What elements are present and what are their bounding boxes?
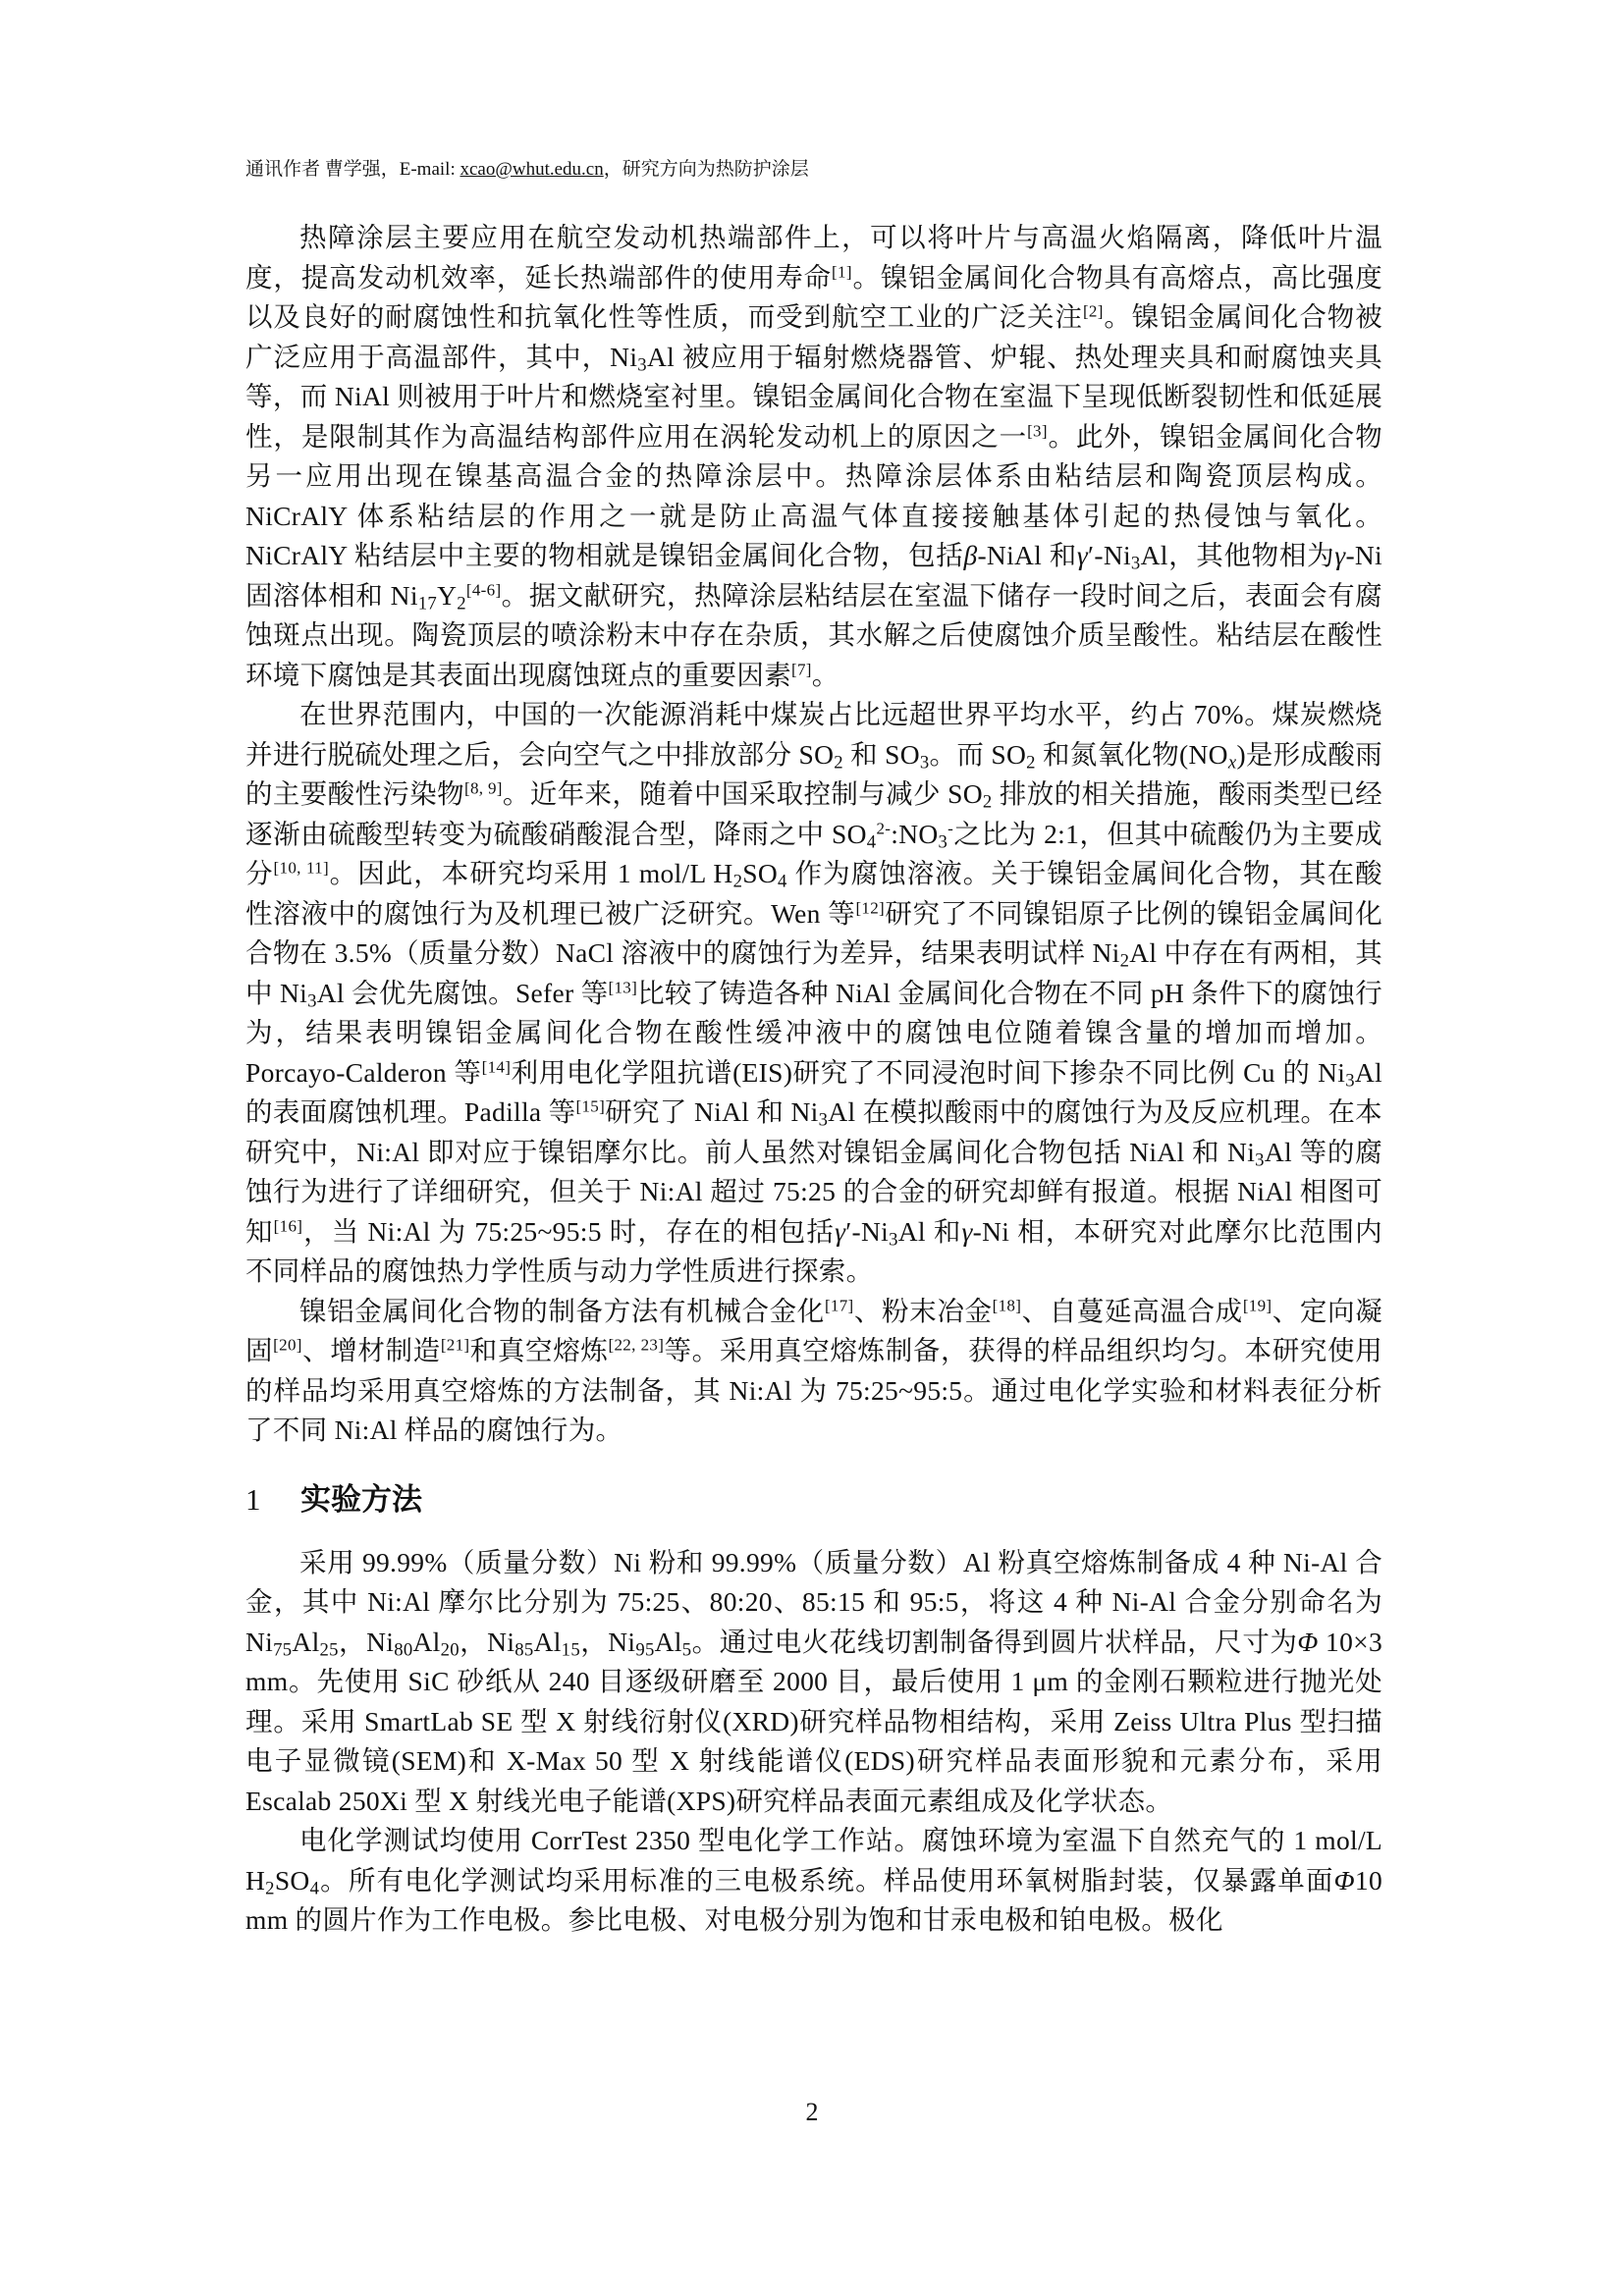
section-number: 1	[245, 1478, 300, 1522]
corresponding-author-footnote: 通讯作者 曹学强，E-mail: xcao@whut.edu.cn，研究方向为热…	[245, 157, 809, 183]
paragraph-methods-1: 采用 99.99%（质量分数）Ni 粉和 99.99%（质量分数）Al 粉真空熔…	[245, 1543, 1382, 1822]
footnote-suffix: ，研究方向为热防护涂层	[604, 159, 809, 180]
paragraph-intro-3: 镍铝金属间化合物的制备方法有机械合金化[17]、粉末冶金[18]、自蔓延高温合成…	[245, 1292, 1382, 1451]
paragraph-methods-2: 电化学测试均使用 CorrTest 2350 型电化学工作站。腐蚀环境为室温下自…	[245, 1821, 1382, 1941]
paragraph-intro-1: 热障涂层主要应用在航空发动机热端部件上，可以将叶片与高温火焰隔离，降低叶片温度，…	[245, 218, 1382, 695]
section-title: 实验方法	[300, 1482, 422, 1518]
footnote-prefix: 通讯作者 曹学强，E-mail:	[245, 159, 460, 180]
article-body: 热障涂层主要应用在航空发动机热端部件上，可以将叶片与高温火焰隔离，降低叶片温度，…	[245, 218, 1382, 1941]
page-number: 2	[0, 2098, 1624, 2127]
document-page: 通讯作者 曹学强，E-mail: xcao@whut.edu.cn，研究方向为热…	[0, 0, 1624, 2296]
email-link[interactable]: xcao@whut.edu.cn	[460, 159, 603, 180]
paragraph-intro-2: 在世界范围内，中国的一次能源消耗中煤炭占比远超世界平均水平，约占 70%。煤炭燃…	[245, 695, 1382, 1292]
section-heading: 1实验方法	[245, 1478, 1382, 1522]
